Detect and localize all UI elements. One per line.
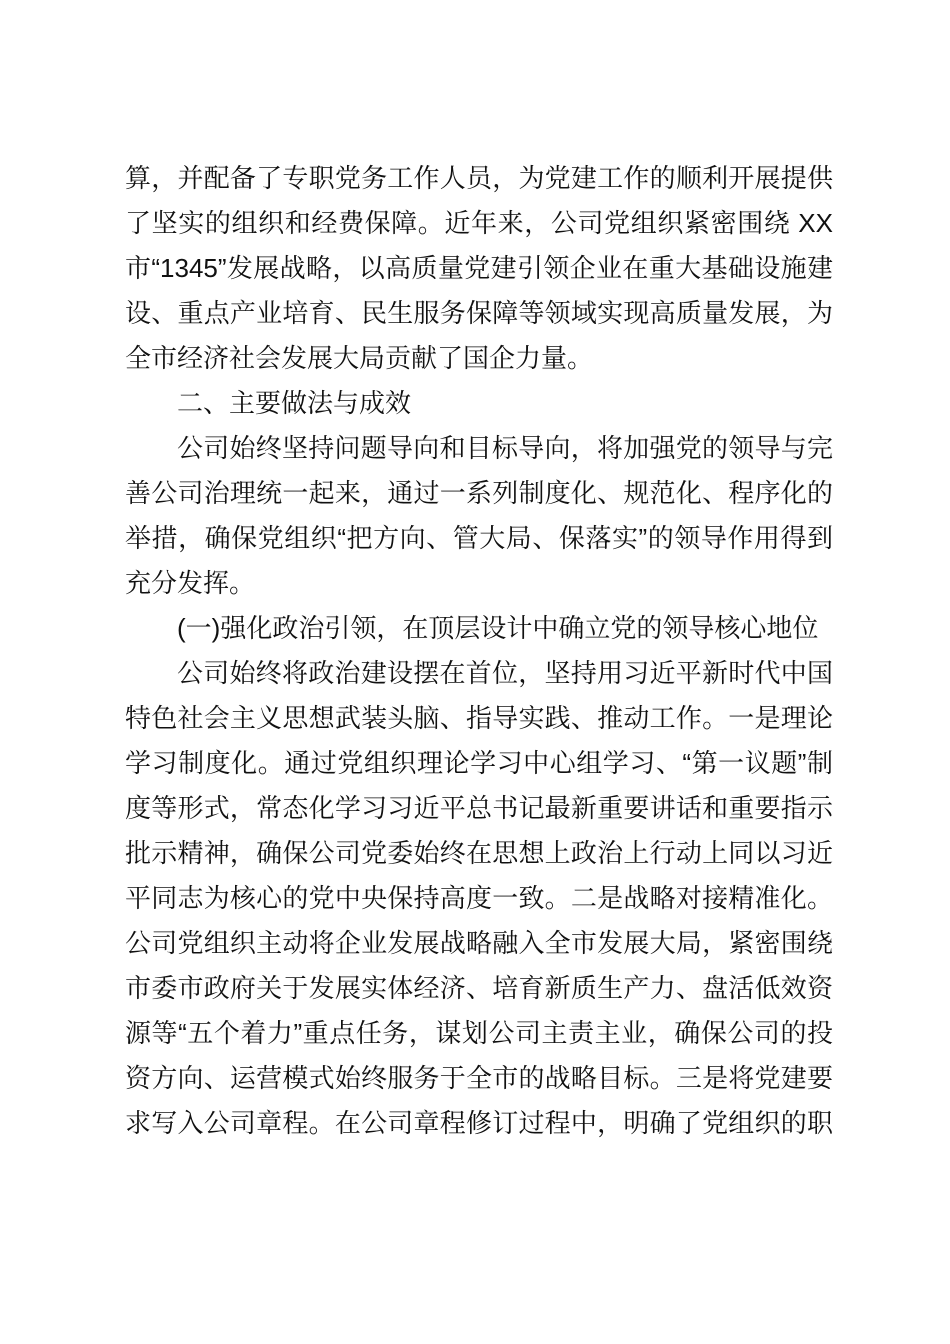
document-page: 算，并配备了专职党务工作人员，为党建工作的顺利开展提供了坚实的组织和经费保障。近… bbox=[0, 0, 950, 1344]
text-line: 市委市政府关于发展实体经济、培育新质生产力、盘活低效资 bbox=[125, 966, 833, 1011]
text-line: 学习制度化。通过党组织理论学习中心组学习、“第一议题”制 bbox=[125, 741, 833, 786]
heading-line: (一)强化政治引领，在顶层设计中确立党的领导核心地位 bbox=[125, 606, 833, 651]
heading-line: 二、主要做法与成效 bbox=[125, 381, 833, 426]
text-line: 善公司治理统一起来，通过一系列制度化、规范化、程序化的 bbox=[125, 471, 833, 516]
text-line: 度等形式，常态化学习习近平总书记最新重要讲话和重要指示 bbox=[125, 786, 833, 831]
text-line: 资方向、运营模式始终服务于全市的战略目标。三是将党建要 bbox=[125, 1056, 833, 1101]
text-line: 公司党组织主动将企业发展战略融入全市发展大局，紧密围绕 bbox=[125, 921, 833, 966]
text-line: 算，并配备了专职党务工作人员，为党建工作的顺利开展提供 bbox=[125, 156, 833, 201]
document-body: 算，并配备了专职党务工作人员，为党建工作的顺利开展提供了坚实的组织和经费保障。近… bbox=[125, 156, 833, 1146]
text-line: 了坚实的组织和经费保障。近年来，公司党组织紧密围绕 XX bbox=[125, 201, 833, 246]
text-line: 公司始终坚持问题导向和目标导向，将加强党的领导与完 bbox=[125, 426, 833, 471]
text-line: 举措，确保党组织“把方向、管大局、保落实”的领导作用得到 bbox=[125, 516, 833, 561]
text-line: 批示精神，确保公司党委始终在思想上政治上行动上同以习近 bbox=[125, 831, 833, 876]
text-line: 公司始终将政治建设摆在首位，坚持用习近平新时代中国 bbox=[125, 651, 833, 696]
text-line: 设、重点产业培育、民生服务保障等领域实现高质量发展，为 bbox=[125, 291, 833, 336]
text-line: 源等“五个着力”重点任务，谋划公司主责主业，确保公司的投 bbox=[125, 1011, 833, 1056]
text-line: 市“1345”发展战略，以高质量党建引领企业在重大基础设施建 bbox=[125, 246, 833, 291]
text-line: 平同志为核心的党中央保持高度一致。二是战略对接精准化。 bbox=[125, 876, 833, 921]
text-line: 求写入公司章程。在公司章程修订过程中，明确了党组织的职 bbox=[125, 1101, 833, 1146]
text-line: 充分发挥。 bbox=[125, 561, 833, 606]
text-line: 全市经济社会发展大局贡献了国企力量。 bbox=[125, 336, 833, 381]
text-line: 特色社会主义思想武装头脑、指导实践、推动工作。一是理论 bbox=[125, 696, 833, 741]
